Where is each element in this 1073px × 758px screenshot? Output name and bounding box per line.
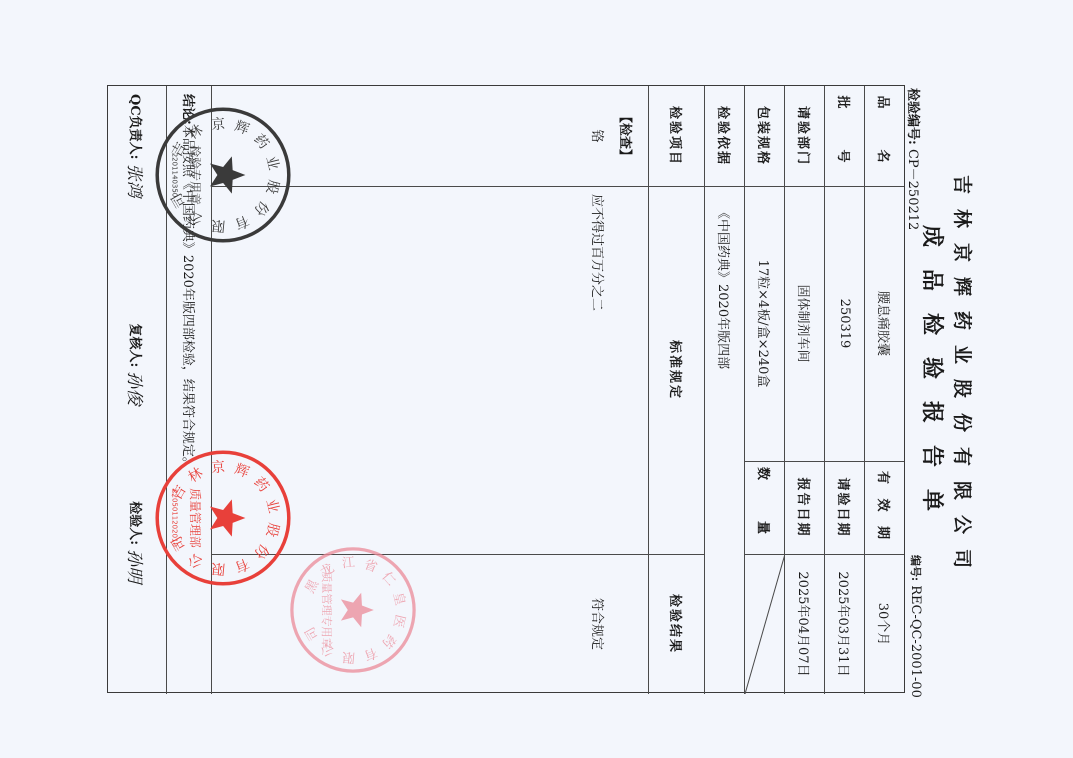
svg-text:2201140350: 2201140350 — [171, 153, 179, 198]
basis-value: 《中国药典》2020年版四部 — [705, 186, 745, 694]
batch-label: 批 号 — [825, 86, 865, 186]
item-result: 符合规定 — [587, 554, 611, 694]
company-name: 吉林京辉药业股份有限公司 — [950, 0, 977, 758]
item-standard: 应不得过百万分之二 — [587, 194, 611, 454]
svg-text:业: 业 — [263, 154, 282, 171]
validity-value: 30个月 — [865, 554, 904, 694]
item-name: 铬 — [587, 86, 611, 186]
document-number: 编号: REC-QC-2001-00 — [908, 555, 924, 698]
svg-text:限: 限 — [211, 559, 226, 576]
svg-text:辉: 辉 — [232, 117, 251, 138]
svg-text:有: 有 — [362, 644, 380, 663]
department-value: 固体制剂车间 — [785, 186, 825, 461]
inspector-signature: 孙明 — [124, 549, 149, 583]
svg-text:仁: 仁 — [378, 569, 398, 589]
qc-label: QC负责人: — [127, 94, 146, 159]
svg-text:医: 医 — [390, 613, 408, 629]
quality-dept-seal-stamp: 吉林京辉药业股份有限公司 质量管理部 2205011202010 — [153, 448, 293, 588]
svg-text:江: 江 — [341, 555, 355, 571]
svg-text:有: 有 — [232, 212, 251, 232]
report-date-value: 2025年04月07日 — [785, 554, 825, 694]
svg-text:皇: 皇 — [390, 591, 408, 607]
svg-text:公: 公 — [185, 550, 205, 571]
request-date-label: 请验日期 — [825, 461, 865, 554]
validity-label: 有 效 期 — [865, 461, 904, 554]
svg-text:省: 省 — [362, 556, 380, 576]
svg-text:辉: 辉 — [232, 460, 251, 481]
svg-text:质量管理部: 质量管理部 — [188, 488, 202, 548]
quantity-strike-diagonal — [745, 554, 785, 694]
svg-text:股: 股 — [263, 178, 282, 195]
package-value: 17粒×4板/盒×240盒 — [745, 186, 785, 461]
items-header-result: 检验结果 — [649, 554, 705, 694]
svg-text:份: 份 — [250, 198, 271, 219]
reviewer-label: 复核人: — [127, 323, 146, 367]
document-number-label: 编号: — [909, 555, 922, 581]
inspection-number-value: CP－250212 — [905, 149, 920, 230]
svg-text:京: 京 — [211, 459, 226, 476]
qc-signature: 张鸿 — [124, 163, 149, 313]
svg-text:林: 林 — [185, 464, 206, 486]
svg-text:公: 公 — [185, 207, 205, 228]
customer-quality-seal-stamp: 黑龙江省仁皇医药有限公司 质量管理专用章 — [288, 545, 418, 675]
inspection-report-page: 吉林京辉药业股份有限公司 成品检验报告单 检验编号: CP－250212 编号:… — [0, 0, 1073, 758]
items-header-standard: 标准规定 — [649, 186, 705, 554]
inspection-seal-stamp: 吉林京辉药业股份有限公司 检验专用章 2201140350 — [153, 105, 293, 245]
svg-text:限: 限 — [211, 216, 226, 233]
inspector-label: 检验人: — [127, 501, 146, 545]
svg-text:份: 份 — [250, 541, 271, 562]
svg-text:有: 有 — [232, 555, 251, 575]
svg-text:林: 林 — [185, 121, 206, 143]
svg-text:限: 限 — [341, 648, 355, 664]
svg-text:药: 药 — [250, 474, 271, 495]
svg-text:业: 业 — [263, 497, 282, 514]
reviewer-signature: 孙俊 — [124, 371, 149, 491]
inspection-number-label: 检验编号: — [905, 88, 920, 145]
report-date-label: 报告日期 — [785, 461, 825, 554]
svg-text:京: 京 — [211, 116, 226, 133]
svg-text:质量管理专用章: 质量管理专用章 — [320, 571, 334, 648]
product-name-value: 腰息痛胶囊 — [865, 186, 904, 461]
inspection-number: 检验编号: CP－250212 — [905, 88, 924, 230]
svg-text:检验专用章: 检验专用章 — [188, 145, 202, 205]
section-heading-inspection: 【检查】 — [615, 86, 639, 186]
items-header-item: 检验项目 — [649, 86, 705, 186]
document-number-value: REC-QC-2001-00 — [908, 585, 923, 698]
quantity-label: 数 量 — [745, 461, 785, 554]
request-date-value: 2025年03月31日 — [825, 554, 865, 694]
svg-text:药: 药 — [250, 131, 271, 152]
svg-text:2205011202010: 2205011202010 — [171, 489, 179, 547]
batch-value: 250319 — [825, 186, 865, 461]
svg-text:药: 药 — [378, 631, 398, 651]
department-label: 请验部门 — [785, 86, 825, 186]
package-label: 包装规格 — [745, 86, 785, 186]
product-name-label: 品 名 — [865, 86, 904, 186]
basis-label: 检验依据 — [705, 86, 745, 186]
svg-text:股: 股 — [263, 521, 282, 538]
